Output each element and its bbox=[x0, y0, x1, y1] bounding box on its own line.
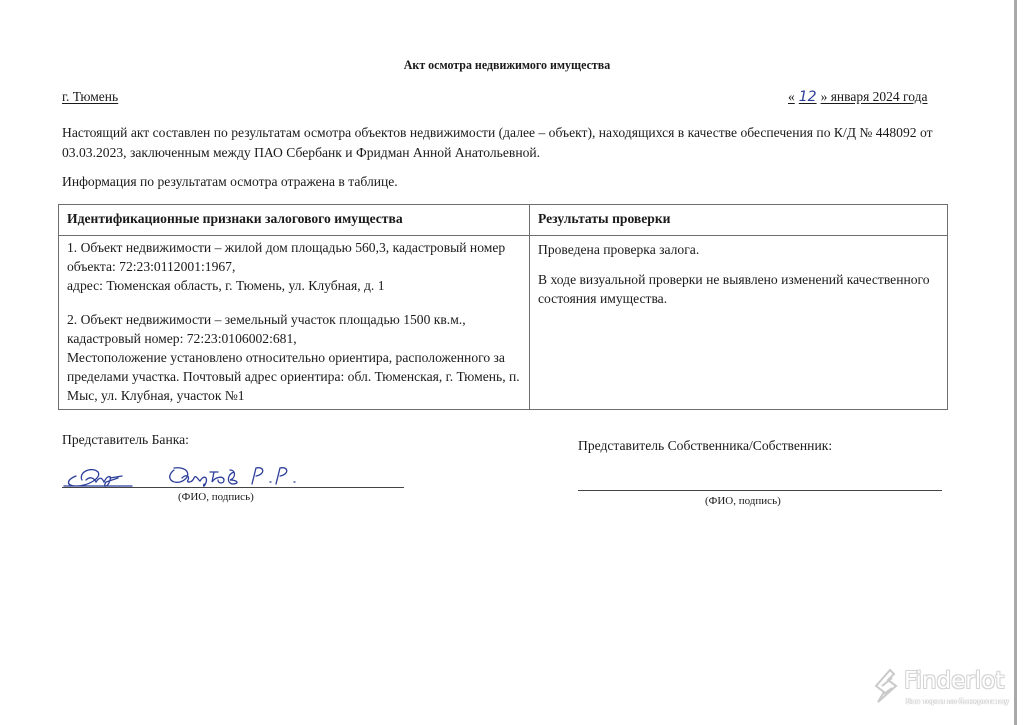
property-item-1-line-2: адрес: Тюменская область, г. Тюмень, ул.… bbox=[67, 276, 521, 295]
date-rest: » января 2024 года bbox=[821, 89, 928, 104]
property-item-1: 1. Объект недвижимости – жилой дом площа… bbox=[67, 238, 521, 295]
table-intro-paragraph: Информация по результатам осмотра отраже… bbox=[62, 172, 962, 192]
document-title: Акт осмотра недвижимого имущества bbox=[41, 57, 974, 73]
scan-edge-line bbox=[1014, 0, 1017, 725]
date-open-quote: « bbox=[788, 89, 795, 104]
intro-paragraph: Настоящий акт составлен по результатам о… bbox=[62, 123, 962, 163]
results-cell: Проведена проверка залога. В ходе визуал… bbox=[530, 236, 948, 410]
table-row: 1. Объект недвижимости – жилой дом площа… bbox=[59, 236, 948, 410]
document-date: «12» января 2024 года bbox=[788, 89, 927, 105]
owner-signature-caption: (ФИО, подпись) bbox=[705, 495, 781, 507]
bank-signature-handwriting bbox=[62, 456, 322, 490]
inspection-table: Идентификационные признаки залогового им… bbox=[58, 204, 948, 410]
result-line-2: В ходе визуальной проверки не выявлено и… bbox=[538, 270, 939, 308]
finderlot-watermark: Finderlot Все торги по банкротству bbox=[872, 668, 1012, 713]
header-identification: Идентификационные признаки залогового им… bbox=[59, 205, 530, 236]
watermark-brand: Finderlot bbox=[904, 668, 1004, 694]
property-item-1-line-1: 1. Объект недвижимости – жилой дом площа… bbox=[67, 238, 521, 276]
bank-representative-label: Представитель Банка: bbox=[62, 432, 189, 448]
table-header-row: Идентификационные признаки залогового им… bbox=[59, 205, 948, 236]
property-item-2: 2. Объект недвижимости – земельный участ… bbox=[67, 310, 521, 405]
property-item-2-line-2: Местоположение установлено относительно … bbox=[67, 348, 521, 405]
identification-cell: 1. Объект недвижимости – жилой дом площа… bbox=[59, 236, 530, 410]
bank-signature-caption: (ФИО, подпись) bbox=[178, 491, 254, 503]
property-item-2-line-1: 2. Объект недвижимости – земельный участ… bbox=[67, 310, 521, 348]
watermark-tagline: Все торги по банкротству bbox=[906, 697, 1009, 706]
bank-signature-line bbox=[62, 487, 404, 488]
owner-representative-label: Представитель Собственника/Собственник: bbox=[578, 438, 832, 454]
finderlot-logo-icon bbox=[872, 668, 902, 708]
owner-signature-line bbox=[578, 490, 942, 491]
date-day-handwritten: 12 bbox=[795, 89, 821, 105]
header-results: Результаты проверки bbox=[530, 205, 948, 236]
result-line-1: Проведена проверка залога. bbox=[538, 240, 939, 259]
document-city: г. Тюмень bbox=[62, 89, 118, 105]
